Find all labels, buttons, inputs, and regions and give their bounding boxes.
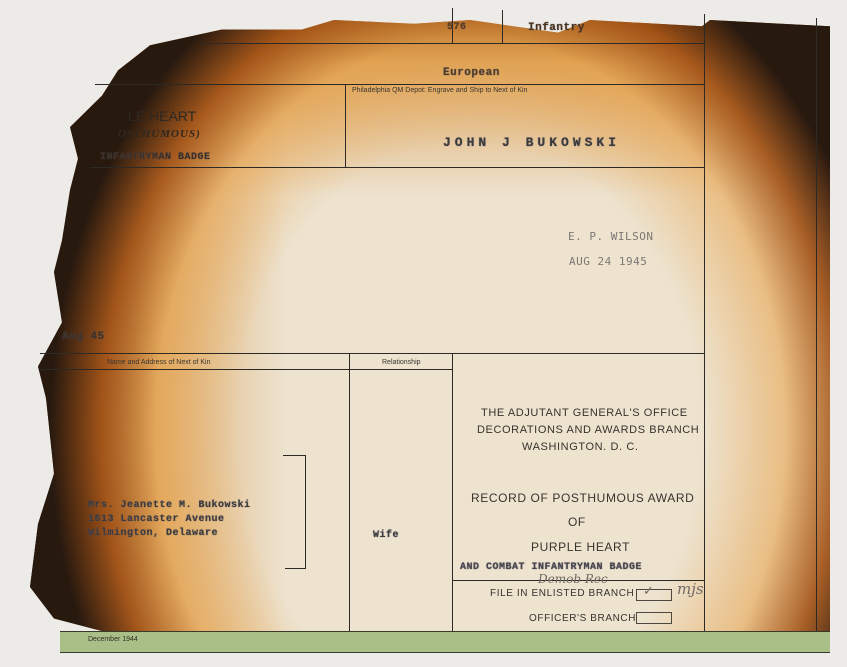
theater: European xyxy=(443,67,500,79)
record-title-2: OF xyxy=(568,515,586,529)
office-line-1: THE ADJUTANT GENERAL'S OFFICE xyxy=(481,407,688,419)
engrave-label: Philadelphia QM Depot: Engrave and Ship … xyxy=(352,87,528,94)
award-line-1: LE HEART xyxy=(128,108,196,124)
office-line-2: DECORATIONS AND AWARDS BRANCH xyxy=(477,424,699,436)
row-divider xyxy=(40,369,452,370)
col-divider xyxy=(704,14,705,650)
stamp-name: E. P. WILSON xyxy=(568,230,653,243)
officers-branch-label: OFFICER'S BRANCH xyxy=(529,613,636,624)
initials: mjs xyxy=(677,580,704,598)
document-scan: 576 Infantry European LE HEART OSTHUMOUS… xyxy=(0,0,847,667)
bracket xyxy=(305,455,306,569)
nok-header: Name and Address of Next of Kin xyxy=(107,359,211,366)
relationship-header: Relationship xyxy=(382,359,421,366)
record-title-1: RECORD OF POSTHUMOUS AWARD xyxy=(471,491,694,505)
office-line-3: WASHINGTON. D. C. xyxy=(522,441,639,453)
footer-form-date: December 1944 xyxy=(88,636,138,643)
footer-strip xyxy=(60,631,830,653)
bracket xyxy=(285,568,305,569)
pencil-note: Demob Rec xyxy=(538,572,608,586)
enlisted-checkbox[interactable]: ✓ xyxy=(636,589,672,601)
officers-checkbox[interactable] xyxy=(636,612,672,624)
checkmark-icon: ✓ xyxy=(643,584,654,599)
date-fragment: Aug 45 xyxy=(62,331,105,343)
file-enlisted-label: FILE IN ENLISTED BRANCH xyxy=(490,588,634,599)
bracket xyxy=(283,455,305,456)
nok-city: Wilmington, Delaware xyxy=(88,528,218,539)
record-title-3: PURPLE HEART xyxy=(531,540,630,554)
col-divider xyxy=(816,18,817,650)
header-fragment: 576 xyxy=(447,22,467,33)
row-divider xyxy=(40,353,705,354)
arm-of-service: Infantry xyxy=(528,22,585,34)
row-divider xyxy=(95,84,705,85)
col-divider xyxy=(502,10,503,44)
nok-street: 1613 Lancaster Avenue xyxy=(88,514,225,525)
award-line-2: OSTHUMOUS) xyxy=(118,128,201,140)
award-line-3: INFANTRYMAN BADGE xyxy=(100,152,211,163)
col-divider xyxy=(349,353,350,631)
relationship-value: Wife xyxy=(373,530,399,541)
row-divider xyxy=(90,167,705,168)
stamp-date: AUG 24 1945 xyxy=(569,255,647,268)
col-divider xyxy=(452,353,453,631)
nok-name: Mrs. Jeanette M. Bukowski xyxy=(88,500,251,511)
col-divider xyxy=(345,84,346,168)
engrave-name: JOHN J BUKOWSKI xyxy=(443,135,620,150)
